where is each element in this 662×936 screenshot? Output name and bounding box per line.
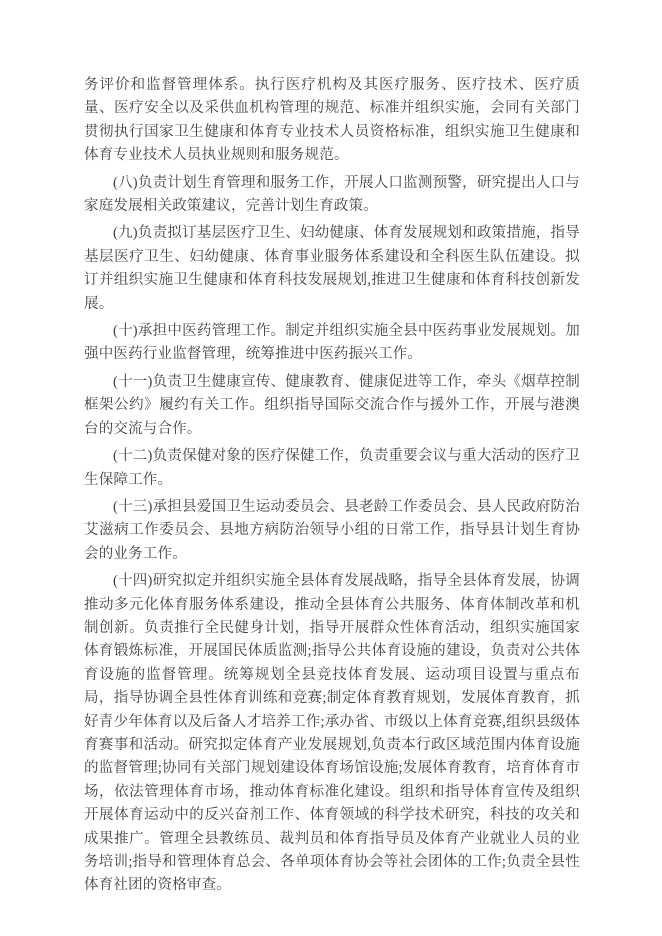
paragraph-item-14: (十四)研究拟定并组织实施全县体育发展战略，指导全县体育发展，协调推动多元化体育… [84, 570, 580, 898]
document-viewport: { "page": { "background_color": "#ffffff… [0, 0, 662, 936]
paragraph-item-12: (十二)负责保健对象的医疗保健工作，负责重要会议与重大活动的医疗卫生保障工作。 [84, 445, 580, 492]
paragraph-item-13: (十三)承担县爱国卫生运动委员会、县老龄工作委员会、县人民政府防治艾滋病工作委员… [84, 496, 580, 566]
paragraph-item-8: (八)负责计划生育管理和服务工作，开展人口监测预警，研究提出人口与家庭发展相关政… [84, 172, 580, 219]
paragraph-item-10: (十)承担中医药管理工作。制定并组织实施全县中医药事业发展规划。加强中医药行业监… [84, 320, 580, 367]
paragraph-item-9: (九)负责拟订基层医疗卫生、妇幼健康、体育发展规划和政策措施，指导基层医疗卫生、… [84, 222, 580, 316]
paragraph-continuation: 务评价和监督管理体系。执行医疗机构及其医疗服务、医疗技术、医疗质量、医疗安全以及… [84, 74, 580, 168]
document-page: 务评价和监督管理体系。执行医疗机构及其医疗服务、医疗技术、医疗质量、医疗安全以及… [84, 74, 580, 902]
paragraph-item-11: (十一)负责卫生健康宣传、健康教育、健康促进等工作，牵头《烟草控制框架公约》履约… [84, 371, 580, 441]
